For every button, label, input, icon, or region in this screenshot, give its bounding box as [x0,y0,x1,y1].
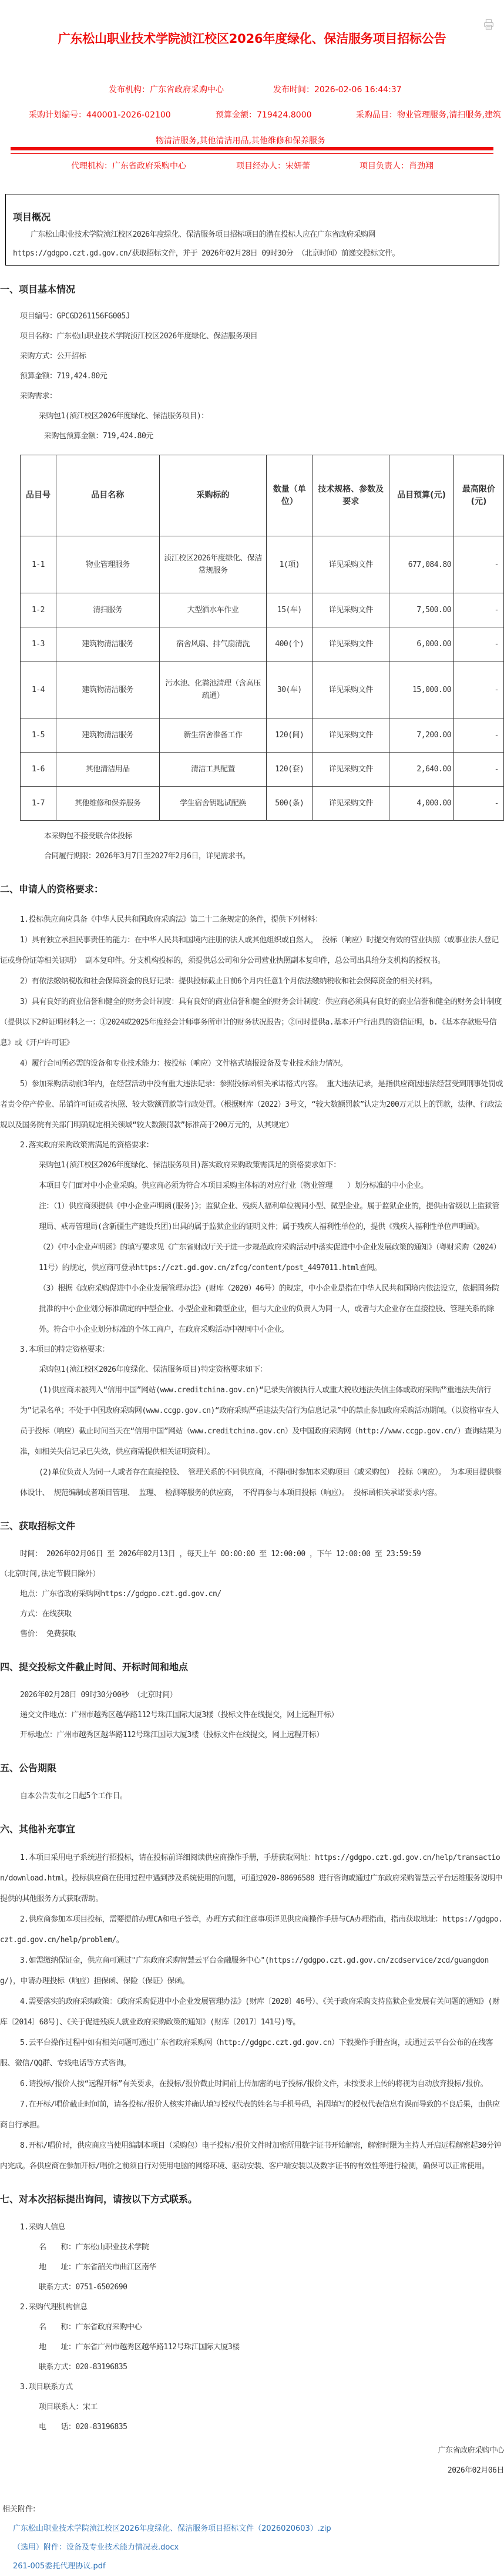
agency-name: 名 称：广东省政府采购中心 [0,2318,504,2337]
cell: 详见采购文件 [313,753,389,787]
table-row: 1-2 清扫服务 大型洒水车作业 15(车) 详见采购文件 7,500.00 - [21,593,504,627]
table-row: 1-1 物业管理服务 浈江校区2026年度绿化、保洁常规服务 1(项) 详见采购… [21,536,504,593]
overview-text: 广东松山职业技术学院浈江校区2026年度绿化、保洁服务项目招标项目的潜在投标人应… [13,226,492,263]
cell: 其他维修和保养服务 [56,787,159,821]
qualification-1-5: 5）参加采购活动前3年内，在经营活动中没有重大违法记录：参照投标函相关承诺格式内… [0,1074,504,1136]
plan-number: 采购计划编号：440001-2026-02100 [29,109,171,120]
publish-time-value: 2026-02-06 16:44:37 [314,85,402,95]
agency-value: 广东省政府采购中心 [112,162,186,171]
col-header: 品目号 [21,455,56,536]
qualification-1-1: 1）具有独立承担民事责任的能力：在中华人民共和国境内注册的法人或其他组织或自然人… [0,930,504,971]
cell: - [454,536,504,593]
col-header: 品目名称 [56,455,159,536]
col-header: 技术规格、参数及要求 [313,455,389,536]
table-row: 1-7 其他维修和保养服务 学生宿舍钥匙试配换 500(条) 详见采购文件 4,… [21,787,504,821]
cell: 6,000.00 [389,627,454,661]
qualification-2-note-1: 注：（1）供应商须提供《中小企业声明函(服务)》；监狱企业、残疾人福利单位视同小… [0,1196,504,1237]
attachments-label: 相关附件: [0,2500,504,2520]
category-label: 采购品目： [356,110,397,120]
category: 采购品目：物业管理服务,清扫服务,建筑 [356,109,501,120]
agency-info-title: 2.采购代理机构信息 [0,2298,504,2318]
cell: 浈江校区2026年度绿化、保洁常规服务 [159,536,267,593]
page-title: 广东松山职业技术学院浈江校区2026年度绿化、保洁服务项目招标公告 [0,29,504,47]
table-row: 1-5 建筑物清洁服务 新生宿舍准备工作 120(间) 详见采购文件 7,200… [21,718,504,753]
cell: 1(项) [267,536,313,593]
qualification-3-package: 采购包1(浈江校区2026年度绿化、保洁服务项目)特定资格要求如下： [0,1360,504,1380]
notice-header: 广东松山职业技术学院浈江校区2026年度绿化、保洁服务项目招标公告 发布机构：广… [0,0,504,125]
overview-title: 项目概况 [13,210,492,223]
section-qualification-title: 二、申请人的资格要求： [0,879,504,899]
obtain-price: 售价： 免费获取 [0,1624,504,1644]
section-supplementary-title: 六、其他补充事宜 [0,1819,504,1839]
cell: 4,000.00 [389,787,454,821]
cell: 建筑物清洁服务 [56,661,159,718]
budget-amount: 预算金额：719,424.80元 [0,367,504,387]
col-header: 品目预算(元) [389,455,454,536]
cell: 500(条) [267,787,313,821]
purchaser-info-title: 1.采购人信息 [0,2218,504,2238]
cell: - [454,627,504,661]
qualification-3-1: (1)供应商未被列入“信用中国”网站(www.creditchina.gov.c… [0,1380,504,1462]
package-title: 采购包1(浈江校区2026年度绿化、保洁服务项目)： [0,407,504,426]
cell: 详见采购文件 [313,593,389,627]
submission-deadline: 2026年02月28日 09时30分00秒 （北京时间） [0,1685,504,1705]
plan-number-value: 440001-2026-02100 [86,110,171,120]
cell: 1-6 [21,753,56,787]
supplementary-item-8: 8.开标/唱价时，供应商应当使用编制本项目（采购包）电子投标/报价文件时加密所用… [0,2135,504,2177]
signature-org: 广东省政府采购中心 [0,2441,504,2461]
signature-date: 2026年02月06日 [0,2461,504,2481]
cell: 7,500.00 [389,593,454,627]
project-contact-phone: 电 话：020-83196835 [0,2417,504,2437]
cell: 新生宿舍准备工作 [159,718,267,753]
cell: - [454,787,504,821]
publish-time-label: 发布时间： [273,85,314,95]
col-header: 采购标的 [159,455,267,536]
agency-address: 地 址：广东省广州市越秀区越华路112号珠江国际大厦3楼 [0,2337,504,2357]
agency: 代理机构：广东省政府采购中心 [71,160,186,172]
qualification-1-2: 2）有依法缴纳税收和社会保障资金的良好记录：提供投标截止日前6个月内任意1个月依… [0,971,504,992]
handler-value: 宋妍蕾 [285,162,310,171]
cell: - [454,753,504,787]
cell: 详见采购文件 [313,627,389,661]
supplementary-item-2: 2.供应商参加本项目投标，需要提前办理CA和电子签章，办理方式和注意事项详见供应… [0,1909,504,1950]
project-name: 项目名称：广东松山职业技术学院浈江校区2026年度绿化、保洁服务项目 [0,327,504,347]
cell: 清扫服务 [56,593,159,627]
leader: 项目负责人：肖劲翔 [359,160,434,172]
agency-label: 代理机构： [71,162,112,171]
qualification-2-sme: 本项目专门面对中小企业采购。供应商必须为符合本项目采购主体标的对应行业（物业管理… [0,1176,504,1196]
qualification-2: 2.落实政府采购政策需满足的资格要求： [0,1136,504,1156]
cell: 120(间) [267,718,313,753]
project-contact-title: 3.项目联系方式 [0,2377,504,2397]
procurement-method: 采购方式：公开招标 [0,347,504,367]
cell: 详见采购文件 [313,536,389,593]
cell: 详见采购文件 [313,787,389,821]
plan-number-label: 采购计划编号： [29,110,86,120]
table-row: 1-3 建筑物清洁服务 宿舍风扇、排气扇清洗 400(个) 详见采购文件 6,0… [21,627,504,661]
project-contact-person: 项目联系人：宋工 [0,2397,504,2417]
qualification-2-note-3: （3）根据《政府采购促进中小企业发展管理办法》(财库（2020）46号）的规定，… [0,1278,504,1340]
obtain-method: 方式：在线获取 [0,1604,504,1624]
section-basic-info-title: 一、项目基本情况 [0,280,504,300]
cell: 宿舍风扇、排气扇清洗 [159,627,267,661]
overview-box: 项目概况 广东松山职业技术学院浈江校区2026年度绿化、保洁服务项目招标项目的潜… [5,194,499,266]
cell: 学生宿舍钥匙试配换 [159,787,267,821]
cell: 120(套) [267,753,313,787]
supplementary-item-5: 5.云平台操作过程中如有相关问题可通过广东省政府采购网（http://gdgpc… [0,2033,504,2074]
opening-place: 开标地点：广州市越秀区越华路112号珠江国际大厦3楼（投标文件在线提交，网上远程… [0,1725,504,1745]
procurement-demand: 采购需求： [0,387,504,407]
cell: 1-1 [21,536,56,593]
supplementary-item-3: 3.如需缴纳保证金，供应商可通过"广东政府采购智慧云平台金融服务中心"(http… [0,1950,504,1991]
cell: 物业管理服务 [56,536,159,593]
notice-body: 一、项目基本情况 项目编号：GPCGD261156FG005J 项目名称：广东松… [0,264,504,2576]
items-table: 品目号 品目名称 采购标的 数量（单位） 技术规格、参数及要求 品目预算(元) … [20,455,504,821]
supplementary-item-7: 7.在开标/唱价截止时间前，请各投标/报价人核实并确认填写授权代表的姓名与手机号… [0,2094,504,2135]
section-obtain-docs-title: 三、获取招标文件 [0,1516,504,1536]
budget-label: 预算金额： [216,110,257,120]
leader-value: 肖劲翔 [409,162,434,171]
red-divider-thin [11,153,493,154]
agency-contact: 联系方式：020-83196835 [0,2357,504,2377]
no-consortium-note: 本采购包不接受联合体投标 [0,827,504,847]
cell: 677,084.80 [389,536,454,593]
budget: 预算金额：719424.8000 [216,109,312,120]
leader-label: 项目负责人： [359,162,409,171]
publisher: 发布机构：广东省政府采购中心 [109,83,224,95]
obtain-time-note: （北京时间,法定节假日除外） [0,1564,504,1584]
qualification-1-3: 3）具有良好的商业信誉和健全的财务会计制度：具有良好的商业信誉和健全的财务会计制… [0,992,504,1053]
cell: 30(车) [267,661,313,718]
cell: 大型洒水车作业 [159,593,267,627]
cell: 1-3 [21,627,56,661]
col-header: 数量（单位） [267,455,313,536]
cell: 建筑物清洁服务 [56,718,159,753]
cell: 15,000.00 [389,661,454,718]
project-number: 项目编号：GPCGD261156FG005J [0,307,504,327]
cell: 400(个) [267,627,313,661]
cell: 15(车) [267,593,313,627]
notice-page: 广东松山职业技术学院浈江校区2026年度绿化、保洁服务项目招标公告 发布机构：广… [0,0,504,125]
purchaser-contact: 联系方式：0751-6502690 [0,2278,504,2298]
cell: 其他清洁用品 [56,753,159,787]
obtain-time: 时间： 2026年02月06日 至 2026年02月13日 ，每天上午 00:0… [0,1544,504,1564]
cell: 1-7 [21,787,56,821]
attachment-link-agency-agreement[interactable]: 261-005委托代理协议.pdf [0,2557,504,2576]
qualification-3: 3.本项目的特定资格要求： [0,1340,504,1360]
qualification-2-note-2: （2）《中小企业声明函》的填写要求见《广东省财政厅关于进一步规范政府采购活动中落… [0,1237,504,1278]
cell: 详见采购文件 [313,718,389,753]
qualification-1-4: 4）履行合同所必需的设备和专业技术能力：按投标（响应）文件格式填报设备及专业技术… [0,1053,504,1074]
publisher-value: 广东省政府采购中心 [150,85,224,95]
purchaser-name: 名 称：广东松山职业技术学院 [0,2238,504,2258]
budget-value: 719424.8000 [257,110,312,120]
qualification-3-2: (2)单位负责人为同一人或者存在直接控股、 管理关系的不同供应商，不得同时参加本… [0,1462,504,1503]
handler-label: 项目经办人： [236,162,285,171]
qualification-2-package: 采购包1(浈江校区2026年度绿化、保洁服务项目)落实政府采购政策需满足的资格要… [0,1156,504,1176]
cell: 1-5 [21,718,56,753]
cell: - [454,593,504,627]
cell: 详见采购文件 [313,661,389,718]
cell: 建筑物清洁服务 [56,627,159,661]
col-header: 最高限价(元) [454,455,504,536]
publisher-label: 发布机构： [109,85,150,95]
cell: 污水池、化粪池清理（含高压疏通） [159,661,267,718]
cell: 7,200.00 [389,718,454,753]
category-continued: 物清洁服务,其他清洁用品,其他维修和保养服务 [156,135,325,146]
handler: 项目经办人：宋妍蕾 [236,160,310,172]
category-value: 物业管理服务,清扫服务,建筑 [397,110,501,120]
supplementary-item-1: 1.本项目采用电子系统进行招投标，请在投标前详细阅读供应商操作手册，手册获取网址… [0,1848,504,1909]
cell: 1-2 [21,593,56,627]
cell: - [454,661,504,718]
supplementary-item-4: 4.需要落实的政府采购政策：《政府采购促进中小企业发展管理办法》(财库〔2020… [0,1991,504,2033]
section-contact-title: 七、对本次招标提出询问，请按以下方式联系。 [0,2189,504,2209]
cell: 2,640.00 [389,753,454,787]
cell: 清洁工具配置 [159,753,267,787]
publish-time: 发布时间：2026-02-06 16:44:37 [273,83,402,95]
cell: 1-4 [21,661,56,718]
table-header-row: 品目号 品目名称 采购标的 数量（单位） 技术规格、参数及要求 品目预算(元) … [21,455,504,536]
qualification-1: 1.投标供应商应具备《中华人民共和国政府采购法》第二十二条规定的条件，提供下列材… [0,910,504,930]
attachment-link-tender-docs[interactable]: 广东松山职业技术学院浈江校区2026年度绿化、保洁服务项目招标文件（202602… [0,2520,504,2538]
table-row: 1-6 其他清洁用品 清洁工具配置 120(套) 详见采购文件 2,640.00… [21,753,504,787]
cell: - [454,718,504,753]
purchaser-address: 地 址：广东省韶关市曲江区南华 [0,2258,504,2278]
attachment-link-equipment-form[interactable]: （选用）附件：设备及专业技术能力情况表.docx [0,2538,504,2557]
notice-period: 自本公告发布之日起5个工作日。 [0,1786,504,1806]
section-deadline-title: 四、提交投标文件截止时间、开标时间和地点 [0,1657,504,1677]
section-period-title: 五、公告期限 [0,1758,504,1778]
package-budget: 采购包预算金额：719,424.80元 [0,426,504,446]
submission-place: 递交文件地点：广州市越秀区越华路112号珠江国际大厦3楼（投标文件在线提交，网上… [0,1705,504,1725]
table-row: 1-4 建筑物清洁服务 污水池、化粪池清理（含高压疏通） 30(车) 详见采购文… [21,661,504,718]
obtain-place: 地点：广东省政府采购网https://gdgpo.czt.gd.gov.cn/ [0,1584,504,1604]
contract-period: 合同履行期限：2026年3月7日至2027年2月6日，详见需求书。 [0,847,504,866]
printer-icon[interactable] [484,19,493,30]
supplementary-item-6: 6.请投标/报价人按“远程开标”有关要求，在投标/报价截止时间前上传加密的电子投… [0,2074,504,2094]
red-divider-thick [11,147,493,150]
